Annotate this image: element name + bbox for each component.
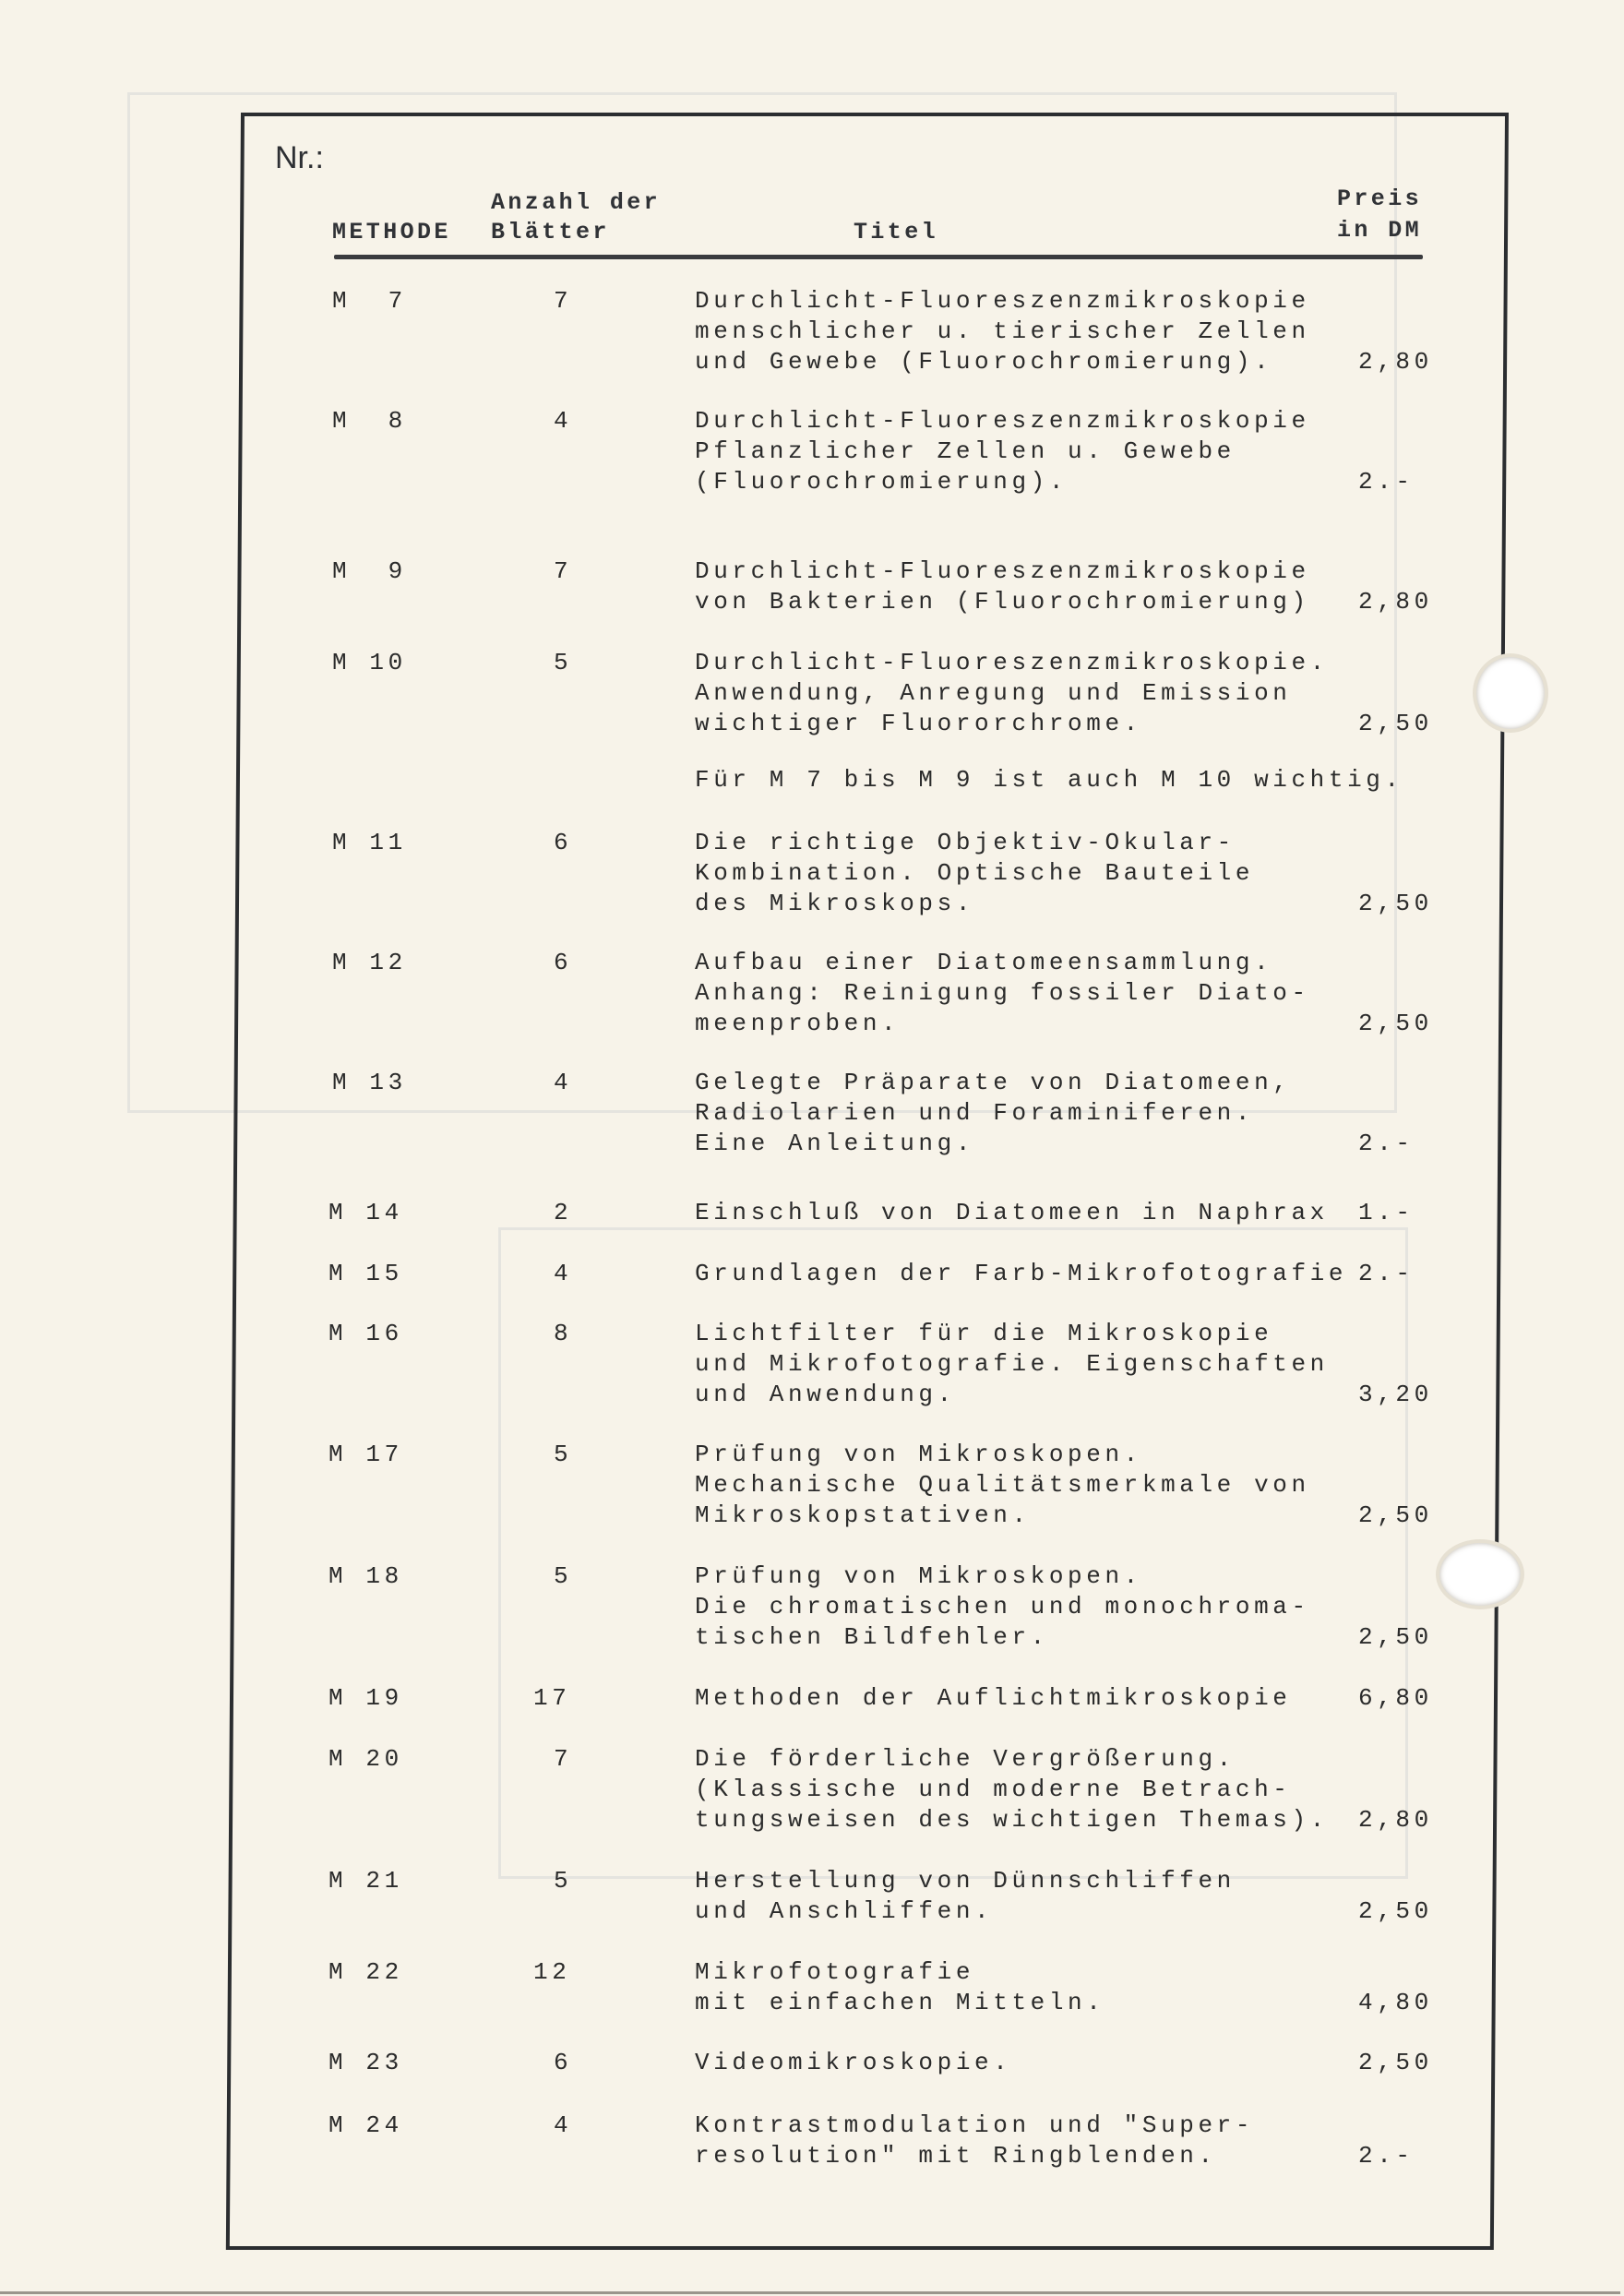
row-method: M 12 xyxy=(332,948,407,978)
header-sheets-line2: Blätter xyxy=(491,217,610,247)
row-title-line: Grundlagen der Farb-Mikrofotografie xyxy=(695,1259,1347,1289)
row-price: 6,80 xyxy=(1358,1683,1433,1714)
row-title-line: Radiolarien und Foraminiferen. xyxy=(695,1098,1254,1129)
row-title-line: tungsweisen des wichtigen Themas). xyxy=(695,1805,1329,1836)
row-title-line: meenproben. xyxy=(695,1009,900,1039)
row-title-line: Gelegte Präparate von Diatomeen, xyxy=(695,1068,1291,1098)
row-price: 2.- xyxy=(1358,1259,1415,1289)
row-sheet-count: 6 xyxy=(554,828,572,858)
row-sheet-count: 2 xyxy=(554,1198,572,1228)
row-price: 2,50 xyxy=(1358,1622,1433,1653)
row-sheet-count: 5 xyxy=(554,1561,572,1592)
row-title-line: Kombination. Optische Bauteile xyxy=(695,858,1254,889)
row-title-line: Durchlicht-Fluoreszenzmikroskopie xyxy=(695,406,1310,436)
header-rule xyxy=(334,255,1423,259)
row-title-line: von Bakterien (Fluorochromierung) xyxy=(695,587,1310,617)
row-title-line: Die chromatischen und monochroma- xyxy=(695,1592,1310,1622)
row-method: M 15 xyxy=(328,1259,403,1289)
row-title-line: Anwendung, Anregung und Emission xyxy=(695,678,1291,709)
row-method: M 9 xyxy=(332,556,407,587)
row-price: 2,50 xyxy=(1358,2048,1433,2078)
row-title-line: Die richtige Objektiv-Okular- xyxy=(695,828,1236,858)
punch-hole xyxy=(1476,657,1545,729)
row-method: M 7 xyxy=(332,286,407,317)
row-method: M 22 xyxy=(328,1957,403,1988)
row-sheet-count: 17 xyxy=(533,1683,570,1714)
row-title-line: Anhang: Reinigung fossiler Diato- xyxy=(695,978,1310,1009)
row-price: 4,80 xyxy=(1358,1988,1433,2018)
row-title-line: und Mikrofotografie. Eigenschaften xyxy=(695,1349,1329,1380)
row-sheet-count: 4 xyxy=(554,406,572,436)
row-method: M 13 xyxy=(332,1068,407,1098)
row-sheet-count: 7 xyxy=(554,556,572,587)
row-title-line: wichtiger Fluororchrome. xyxy=(695,709,1142,739)
row-title-line: Aufbau einer Diatomeensammlung. xyxy=(695,948,1272,978)
row-method: M 19 xyxy=(328,1683,403,1714)
row-price: 2,80 xyxy=(1358,347,1433,377)
header-sheets-line1: Anzahl der xyxy=(491,187,661,218)
row-method: M 10 xyxy=(332,648,407,678)
row-price: 2.- xyxy=(1358,2141,1415,2171)
row-price: 2.- xyxy=(1358,1129,1415,1159)
row-title-line: und Anwendung. xyxy=(695,1380,956,1410)
number-label: Nr.: xyxy=(275,143,324,173)
row-sheet-count: 5 xyxy=(554,1440,572,1470)
header-title: Titel xyxy=(854,217,938,247)
row-title-line: des Mikroskops. xyxy=(695,889,974,919)
note-text: Für M 7 bis M 9 ist auch M 10 wichtig. xyxy=(695,765,1403,795)
row-title-line: Herstellung von Dünnschliffen xyxy=(695,1866,1236,1896)
row-method: M 8 xyxy=(332,406,407,436)
row-price: 2,50 xyxy=(1358,709,1433,739)
row-title-line: Prüfung von Mikroskopen. xyxy=(695,1561,1142,1592)
row-title-line: Lichtfilter für die Mikroskopie xyxy=(695,1319,1272,1349)
row-sheet-count: 4 xyxy=(554,1259,572,1289)
row-title-line: resolution" mit Ringblenden. xyxy=(695,2141,1217,2171)
row-sheet-count: 6 xyxy=(554,948,572,978)
row-title-line: Prüfung von Mikroskopen. xyxy=(695,1440,1142,1470)
row-price: 2,80 xyxy=(1358,587,1433,617)
header-method: METHODE xyxy=(332,217,451,247)
punch-hole xyxy=(1439,1543,1521,1606)
row-title-line: und Gewebe (Fluorochromierung). xyxy=(695,347,1272,377)
row-title-line: Pflanzlicher Zellen u. Gewebe xyxy=(695,436,1236,467)
row-title-line: Mikroskopstativen. xyxy=(695,1501,1031,1531)
row-sheet-count: 12 xyxy=(533,1957,570,1988)
header-price-line1: Preis xyxy=(1337,184,1422,214)
row-sheet-count: 7 xyxy=(554,1744,572,1775)
row-title-line: Mikrofotografie xyxy=(695,1957,974,1988)
row-sheet-count: 4 xyxy=(554,2111,572,2141)
row-price: 1.- xyxy=(1358,1198,1415,1228)
row-title-line: Durchlicht-Fluoreszenzmikroskopie xyxy=(695,286,1310,317)
row-price: 2,50 xyxy=(1358,1896,1433,1927)
row-title-line: Eine Anleitung. xyxy=(695,1129,974,1159)
row-price: 2,50 xyxy=(1358,1501,1433,1531)
row-title-line: Methoden der Auflichtmikroskopie xyxy=(695,1683,1291,1714)
row-title-line: Durchlicht-Fluoreszenzmikroskopie. xyxy=(695,648,1329,678)
row-method: M 14 xyxy=(328,1198,403,1228)
row-price: 2,50 xyxy=(1358,889,1433,919)
row-title-line: Durchlicht-Fluoreszenzmikroskopie xyxy=(695,556,1310,587)
row-price: 2,50 xyxy=(1358,1009,1433,1039)
row-method: M 24 xyxy=(328,2111,403,2141)
row-method: M 20 xyxy=(328,1744,403,1775)
row-title-line: Einschluß von Diatomeen in Naphrax xyxy=(695,1198,1329,1228)
header-price-line2: in DM xyxy=(1337,215,1422,245)
row-method: M 11 xyxy=(332,828,407,858)
row-title-line: Videomikroskopie. xyxy=(695,2048,1011,2078)
row-method: M 17 xyxy=(328,1440,403,1470)
row-title-line: (Klassische und moderne Betrach- xyxy=(695,1775,1291,1805)
row-title-line: tischen Bildfehler. xyxy=(695,1622,1049,1653)
row-title-line: (Fluorochromierung). xyxy=(695,467,1068,497)
row-sheet-count: 5 xyxy=(554,1866,572,1896)
row-price: 2,80 xyxy=(1358,1805,1433,1836)
row-method: M 16 xyxy=(328,1319,403,1349)
row-title-line: Mechanische Qualitätsmerkmale von xyxy=(695,1470,1310,1501)
row-title-line: mit einfachen Mitteln. xyxy=(695,1988,1105,2018)
row-title-line: menschlicher u. tierischer Zellen xyxy=(695,317,1310,347)
row-title-line: Kontrastmodulation und "Super- xyxy=(695,2111,1254,2141)
row-sheet-count: 6 xyxy=(554,2048,572,2078)
row-price: 3,20 xyxy=(1358,1380,1433,1410)
row-sheet-count: 8 xyxy=(554,1319,572,1349)
row-method: M 23 xyxy=(328,2048,403,2078)
row-method: M 18 xyxy=(328,1561,403,1592)
row-title-line: und Anschliffen. xyxy=(695,1896,993,1927)
row-price: 2.- xyxy=(1358,467,1415,497)
row-sheet-count: 7 xyxy=(554,286,572,317)
row-method: M 21 xyxy=(328,1866,403,1896)
row-sheet-count: 5 xyxy=(554,648,572,678)
row-title-line: Die förderliche Vergrößerung. xyxy=(695,1744,1236,1775)
row-sheet-count: 4 xyxy=(554,1068,572,1098)
